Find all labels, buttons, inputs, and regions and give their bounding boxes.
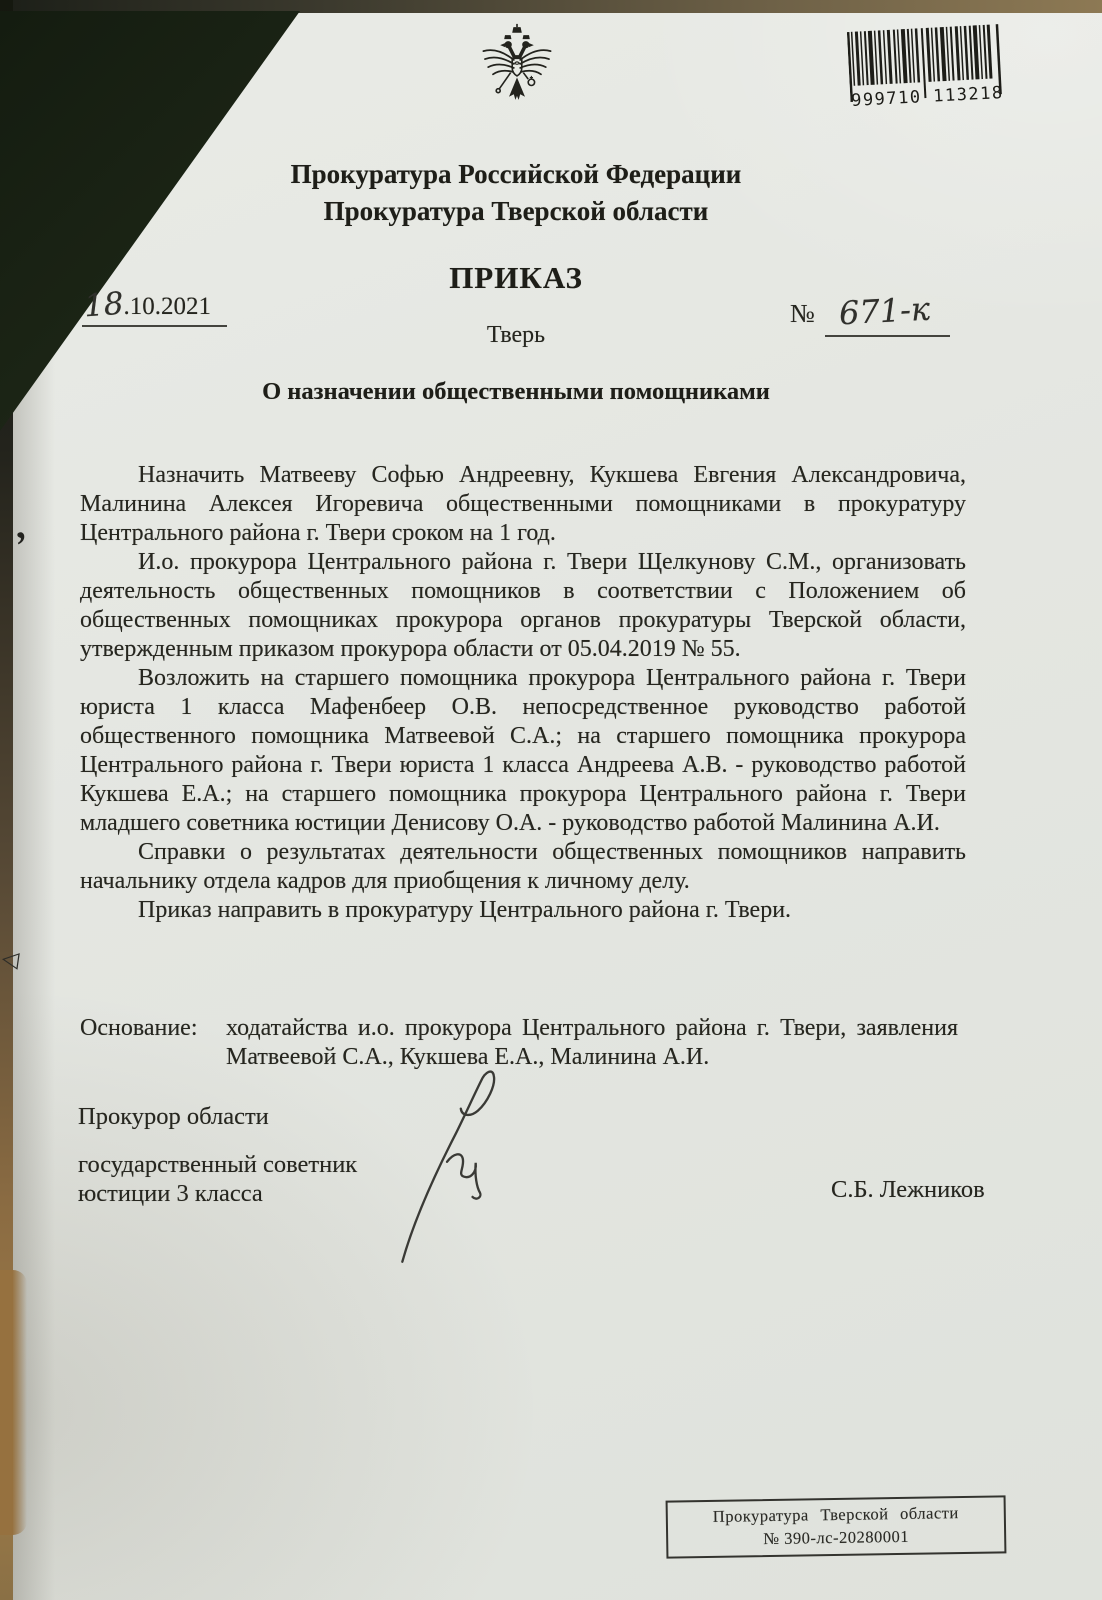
signer-name: С.Б. Лежников bbox=[831, 1176, 985, 1204]
document-subject: О назначении общественными помощниками bbox=[36, 378, 996, 406]
signer-rank-line1: государственный советник bbox=[78, 1150, 357, 1179]
body-paragraph: Назначить Матвееву Софью Андреевну, Кукш… bbox=[80, 461, 966, 548]
scanned-document-photo: , ◁ bbox=[0, 0, 1102, 1600]
barcode-icon: 999710 113218 bbox=[847, 22, 1005, 119]
basis-text: ходатайства и.о. прокурора Центрального … bbox=[226, 1014, 958, 1072]
ink-mark-triangle: ◁ bbox=[0, 945, 20, 973]
issuing-city: Тверь bbox=[36, 322, 996, 349]
signature-icon bbox=[368, 1064, 526, 1271]
signer-rank-line2: юстиции 3 класса bbox=[78, 1179, 357, 1208]
date-month-year: .10.2021 bbox=[123, 293, 211, 320]
russian-coat-of-arms-icon bbox=[477, 22, 557, 122]
body-paragraph: Возложить на старшего помощника прокурор… bbox=[80, 664, 966, 838]
table-edge-brown bbox=[0, 1270, 27, 1535]
date-day-handwritten: 18 bbox=[83, 286, 125, 325]
document-date: 18.10.2021 bbox=[82, 286, 227, 327]
stamp-number: № 390-лс-20280001 bbox=[672, 1525, 1000, 1550]
registration-stamp: Прокуратура Тверской области № 390-лс-20… bbox=[666, 1495, 1007, 1558]
stamp-org-name: Прокуратура Тверской области bbox=[672, 1502, 1000, 1527]
signer-position: Прокурор области bbox=[78, 1103, 269, 1131]
basis-label: Основание: bbox=[80, 1014, 226, 1072]
org-name-federation: Прокуратура Российской Федерации bbox=[36, 156, 996, 193]
org-name-region: Прокуратура Тверской области bbox=[36, 193, 996, 230]
body-paragraph: Приказ направить в прокуратуру Центральн… bbox=[80, 896, 966, 925]
signer-rank: государственный советник юстиции 3 класс… bbox=[78, 1150, 357, 1208]
document-body: Назначить Матвееву Софью Андреевну, Кукш… bbox=[80, 461, 966, 925]
letterhead: Прокуратура Российской Федерации Прокура… bbox=[36, 156, 996, 230]
body-paragraph: Справки о результатах деятельности общес… bbox=[80, 838, 966, 896]
barcode-digits: 999710 113218 bbox=[851, 83, 1004, 111]
body-paragraph: И.о. прокурора Центрального района г. Тв… bbox=[80, 548, 966, 664]
